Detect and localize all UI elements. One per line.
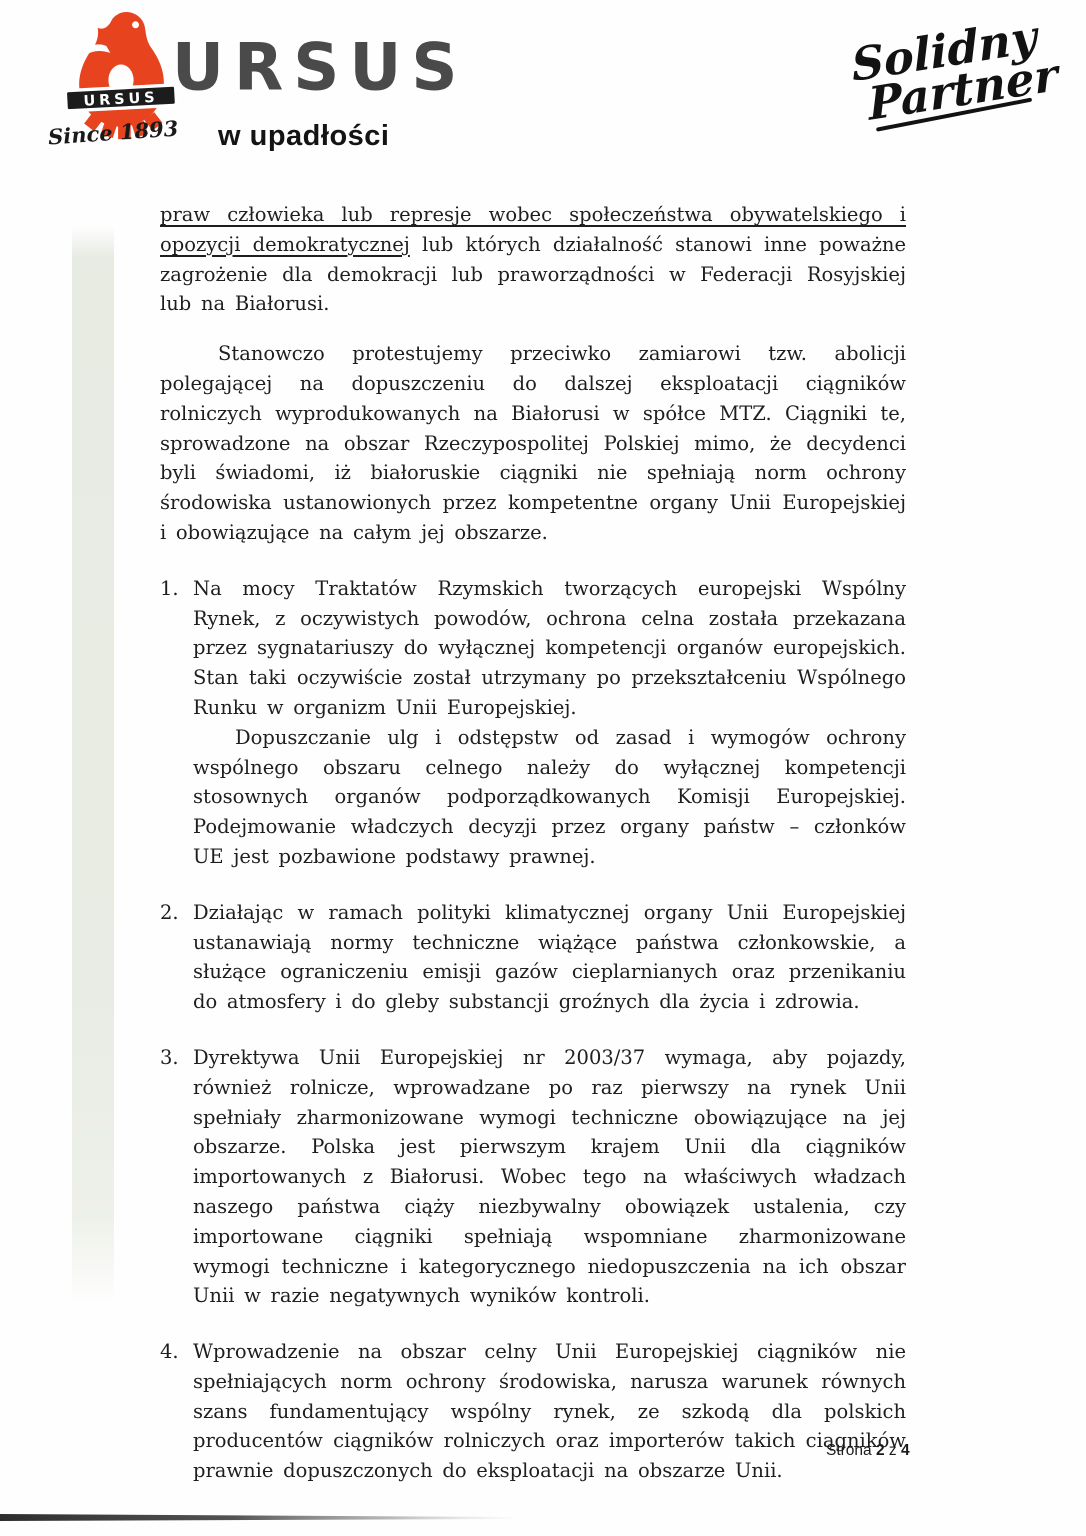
- item-1-number: 1.: [160, 574, 179, 604]
- numbered-list: 1. Na mocy Traktatów Rzymskich tworzącyc…: [160, 574, 906, 1486]
- list-item-3: 3. Dyrektywa Unii Europejskiej nr 2003/3…: [160, 1043, 906, 1311]
- bankruptcy-status-text: w upadłości: [218, 120, 389, 153]
- intro-paragraph: praw człowieka lub represje wobec społec…: [160, 200, 906, 319]
- item-4-paragraph-1: Wprowadzenie na obszar celny Unii Europe…: [193, 1337, 906, 1486]
- item-4-number: 4.: [160, 1337, 179, 1367]
- page-total: 4: [901, 1442, 910, 1459]
- list-item-1: 1. Na mocy Traktatów Rzymskich tworzącyc…: [160, 574, 906, 872]
- item-1-paragraph-2: Dopuszczanie ulg i odstępstw od zasad i …: [193, 723, 906, 872]
- scan-artifact-line: [0, 1512, 520, 1524]
- list-item-2: 2. Działając w ramach polityki klimatycz…: [160, 898, 906, 1017]
- item-1-paragraph-1: Na mocy Traktatów Rzymskich tworzących e…: [193, 574, 906, 723]
- page-number-footer: Strona 2 z 4: [826, 1442, 910, 1460]
- scan-shadow-strip: [72, 226, 114, 1304]
- list-item-4: 4. Wprowadzenie na obszar celny Unii Eur…: [160, 1337, 906, 1486]
- item-2-paragraph-1: Działając w ramach polityki klimatycznej…: [193, 898, 906, 1017]
- item-3-paragraph-1: Dyrektywa Unii Europejskiej nr 2003/37 w…: [193, 1043, 906, 1311]
- page-current: 2: [876, 1442, 885, 1459]
- protest-paragraph: Stanowczo protestujemy przeciwko zamiaro…: [160, 339, 906, 548]
- item-3-number: 3.: [160, 1043, 179, 1073]
- solidny-partner-logo: Solidny Partner: [850, 14, 1059, 128]
- scanned-letter-page: URSUS Since 1893 URSUS w upadłości Solid…: [0, 0, 1086, 1536]
- page-separator: z: [889, 1442, 897, 1459]
- ursus-wordmark: URSUS: [172, 35, 467, 100]
- page-label: Strona: [826, 1442, 872, 1459]
- letter-body: praw człowieka lub represje wobec społec…: [160, 200, 906, 1486]
- item-2-number: 2.: [160, 898, 179, 928]
